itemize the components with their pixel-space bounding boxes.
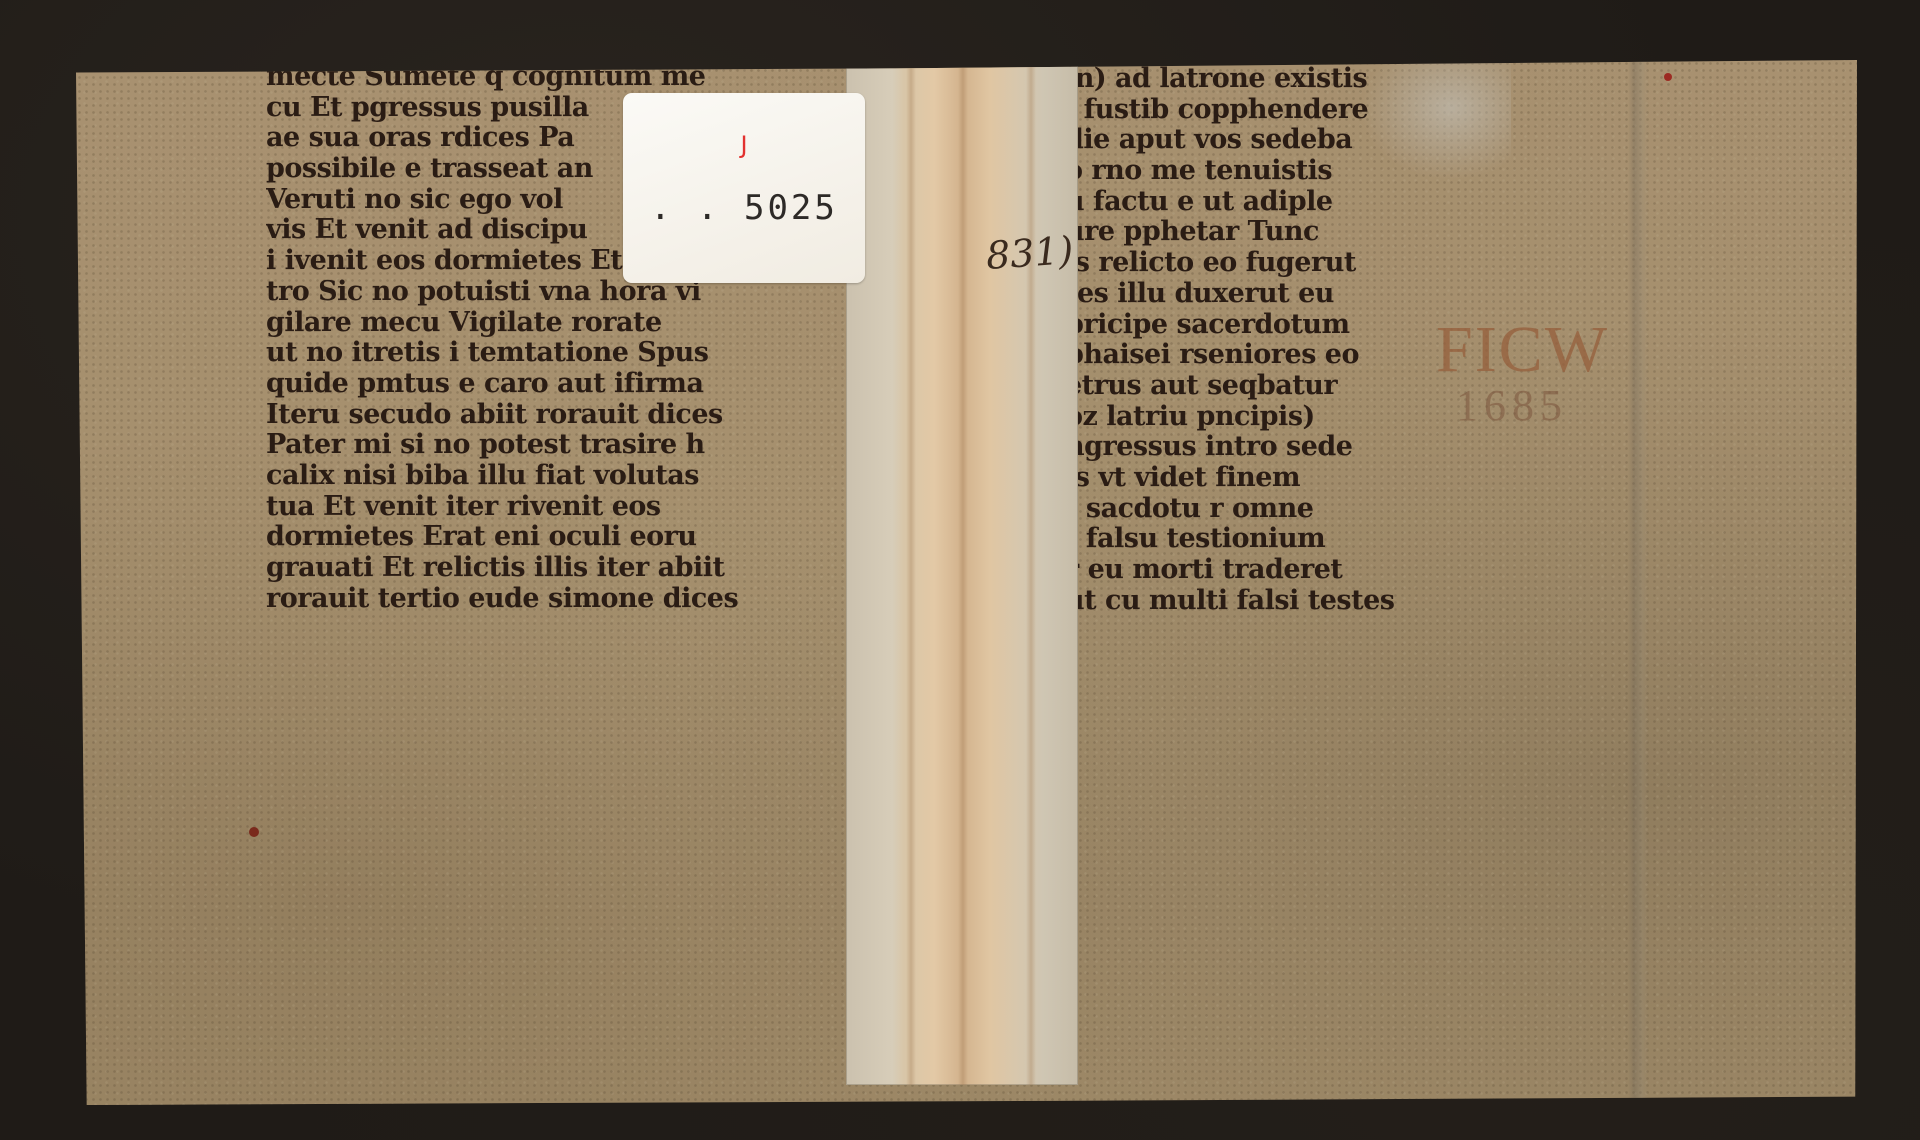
text-line: is vt videt finem [1065,463,1485,494]
text-line: pricipe sacerdotum [1065,310,1485,341]
ownership-initials: FICW [1436,312,1609,388]
label-letter: J [623,131,865,159]
text-line: r eu morti traderet [1065,555,1485,586]
text-line: tua Et venit iter rivenit eos [266,492,870,523]
ownership-year: 1685 [1456,380,1568,431]
text-line: die aput vos sedeba [1065,125,1485,156]
spine-crease [1026,63,1036,1085]
text-line: ut no itretis i temtatione Spus [266,338,870,369]
label-number: . . 5025 [623,188,865,228]
text-line: ure pphetar Tunc [1065,217,1485,248]
text-line: grauati Et relictis illis iter abiit [266,553,870,584]
text-line: phaisei rseniores eo [1065,340,1485,371]
text-line: in) ad latrone existis [1065,64,1485,95]
text-line: oz latriu pncipis) [1065,402,1485,433]
text-line: etrus aut seqbatur [1065,371,1485,402]
text-line: rorauit tertio eude simone dices [266,584,870,615]
spine-crease [958,63,968,1085]
text-line: o rno me tenuistis [1065,156,1485,187]
text-line: u factu e ut adiple [1065,187,1485,218]
text-line: dormietes Erat eni oculi eoru [266,522,870,553]
handwritten-shelfmark: 831) [985,228,1075,278]
text-line: t sacdotu r omne [1065,494,1485,525]
text-line: ngressus intro sede [1065,432,1485,463]
spine-crease [906,63,916,1085]
spine-repair-strip: 831) [846,63,1078,1085]
text-line: gilare mecu Vigilate rorate [266,308,870,339]
text-line: ut cu multi falsi testes [1065,586,1485,617]
fold-line [1628,60,1648,1105]
manuscript-right-column: in) ad latrone existis i fustib copphend… [1065,64,1485,714]
text-line: Iteru secudo abiit rorauit dices [266,400,870,431]
red-ink-spot [249,827,259,837]
text-line: Pater mi si no potest trasire h [266,430,870,461]
text-line: i fustib copphendere [1065,95,1485,126]
shelf-label: J . . 5025 [623,93,865,283]
text-line: is relicto eo fugerut [1065,248,1485,279]
text-line: t falsu testionium [1065,524,1485,555]
text-line: calix nisi biba illu fiat volutas [266,461,870,492]
text-line: tes illu duxerut eu [1065,279,1485,310]
text-line: quide pmtus e caro aut ifirma [266,369,870,400]
red-ink-spot [1664,73,1672,81]
parchment-cover: mecte Sumete q cognitum me cu Et pgressu… [76,60,1857,1105]
